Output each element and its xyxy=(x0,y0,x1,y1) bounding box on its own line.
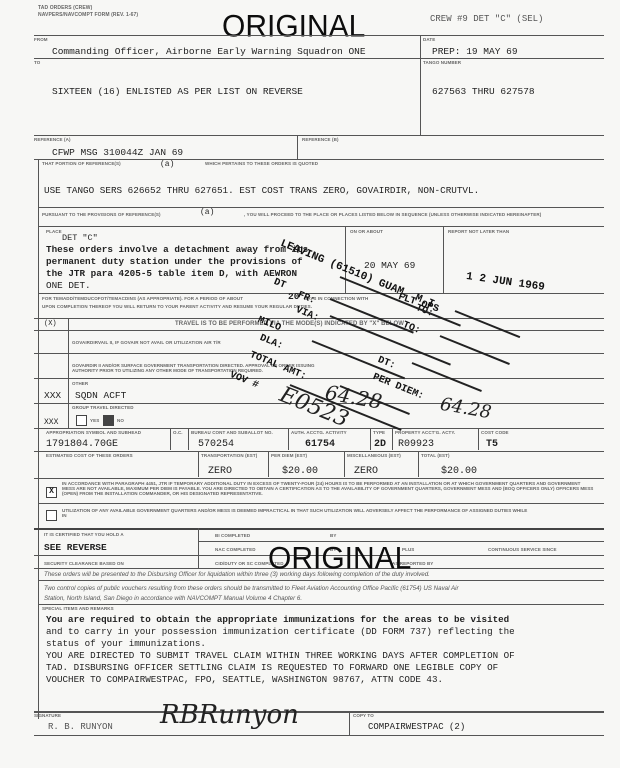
pursuant-label-prefix: PURSUANT TO THE PROVISIONS OF REFERENCE(… xyxy=(42,212,161,217)
stamp-line xyxy=(440,335,510,365)
divider xyxy=(34,378,604,379)
acct-bureau: 570254 xyxy=(198,439,234,450)
date-value: PREP: 19 MAY 69 xyxy=(432,46,518,57)
stamp-line xyxy=(455,310,521,338)
cert-2-checkbox[interactable] xyxy=(46,510,57,521)
divider xyxy=(34,35,604,36)
divider xyxy=(38,580,604,581)
divider xyxy=(38,226,604,227)
cert-1-checkbox[interactable]: X xyxy=(46,487,57,498)
signer-name: R. B. RUNYON xyxy=(48,722,113,732)
handwritten-signature: RBRunyon xyxy=(160,700,299,730)
from-value: Commanding Officer, Airborne Early Warni… xyxy=(52,46,366,57)
group-travel-label: GROUP TRAVEL DIRECTED xyxy=(72,405,134,410)
divider xyxy=(420,35,421,135)
to-value: SIXTEEN (16) ENLISTED AS PER LIST ON REV… xyxy=(52,86,303,97)
date-label: DATE xyxy=(423,37,435,42)
acct-header-type: TYPE xyxy=(373,430,385,435)
acct-header-bureau: BUREAU CONT AND SUBALLOT NO. xyxy=(191,430,273,435)
divider xyxy=(38,207,604,208)
original-stamp-top: ORIGINAL xyxy=(222,9,365,45)
reference-b-label: REFERENCE (b) xyxy=(302,137,339,142)
place-line-1: These orders involve a detachment away f… xyxy=(46,244,308,255)
divider xyxy=(288,428,289,450)
group-travel-yes-checkbox[interactable] xyxy=(76,415,87,426)
divider xyxy=(443,226,444,293)
pursuant-label-suffix: , YOU WILL PROCEED TO THE PLACE OR PLACE… xyxy=(244,212,541,217)
acct-header-appropriation: APPROPRIATION SYMBOL AND SUBHEAD xyxy=(46,430,141,435)
stamp-vov: VOV # xyxy=(228,370,260,391)
quoted-label-prefix: THAT PORTION OF REFERENCE(S) xyxy=(42,161,121,166)
est-per-diem: $20.00 xyxy=(282,466,318,477)
travel-other-mark: XXX xyxy=(44,390,61,401)
divider xyxy=(34,353,604,354)
acct-activity: 61754 xyxy=(305,439,335,450)
divider xyxy=(34,711,604,713)
travel-orders-document: TAD ORDERS (Crew) NAVPERS/NAVCOMPT FORM … xyxy=(0,0,620,768)
tad-return-text: UPON COMPLETION THEREOF YOU WILL RETURN … xyxy=(42,304,312,309)
est-header-transportation: TRANSPORTATION (est) xyxy=(201,453,257,458)
special-line-5: TAD. DISBURSING OFFICER SETTLING CLAIM I… xyxy=(46,662,498,673)
place-head: DET "C" xyxy=(62,233,98,243)
divider xyxy=(34,528,604,530)
report-nlt-label: REPORT NOT LATER THAN xyxy=(448,229,509,234)
copy-to-label: COPY TO xyxy=(353,713,374,718)
est-cost-label: ESTIMATED COST OF THESE ORDERS xyxy=(46,453,133,458)
place-line-4: ONE DET. xyxy=(46,280,91,291)
divider xyxy=(297,135,298,159)
acct-appropriation: 1791804.70GE xyxy=(46,439,118,450)
note-2: Two control copies of public vouchers re… xyxy=(44,585,459,592)
divider xyxy=(349,711,350,735)
divider xyxy=(34,330,604,331)
pursuant-ref: (a) xyxy=(200,208,214,217)
divider xyxy=(370,428,371,450)
quoted-label-suffix: WHICH PERTAINS TO THESE ORDERS IS QUOTED xyxy=(205,161,318,166)
left-margin-line xyxy=(38,159,39,719)
tango-number-value: 627563 THRU 627578 xyxy=(432,86,535,97)
special-line-6: VOUCHER TO COMPAIRWESTPAC, FPO, SEATTLE,… xyxy=(46,674,443,685)
divider xyxy=(34,478,604,479)
acct-property: R09923 xyxy=(398,439,434,450)
continuous-service-label: CONTINUOUS SERVICE SINCE xyxy=(488,547,557,552)
group-travel-mark: XXX xyxy=(44,418,58,427)
reference-a-value: CFWP MSG 310044Z JAN 69 xyxy=(52,147,183,158)
divider xyxy=(418,451,419,477)
note-1: These orders will be presented to the Di… xyxy=(44,571,430,578)
acct-header-oc: O.C. xyxy=(173,430,183,435)
divider xyxy=(38,604,604,605)
acct-header-cost-code: COST CODE xyxy=(481,430,509,435)
stamp-date: 1 2 JUN 1969 xyxy=(465,271,545,294)
place-line-2: permanent duty station under the provisi… xyxy=(46,256,303,267)
acct-header-property: PROPERTY ACCT'G. ACTY. xyxy=(395,430,455,435)
to-label: TO xyxy=(34,60,40,65)
divider xyxy=(68,318,69,428)
tango-number-label: TANGO NUMBER xyxy=(423,60,461,65)
divider xyxy=(34,735,604,736)
security-clearance-label: SECURITY CLEARANCE BASED ON xyxy=(44,561,124,566)
travel-mode-1: GOVAIRDIRVAIL II, IF GOVAIR NOT AVAIL OR… xyxy=(72,340,221,345)
travel-other-value: SQDN ACFT xyxy=(75,390,126,401)
form-title: TAD ORDERS (Crew) xyxy=(38,5,92,11)
est-misc: ZERO xyxy=(354,466,378,477)
acct-type: 2D xyxy=(374,439,386,450)
special-line-1: You are required to obtain the appropria… xyxy=(46,614,509,625)
divider xyxy=(38,503,604,504)
copy-to-value: COMPAIRWESTPAC (2) xyxy=(368,722,465,732)
cert-1-text: IN ACCORDANCE WITH PARAGRAPH 4451, JTR I… xyxy=(62,481,594,496)
est-total: $20.00 xyxy=(441,466,477,477)
reference-a-label: REFERENCE (a) xyxy=(34,137,71,142)
crew-designation: CREW #9 DET "C" (SEL) xyxy=(430,14,543,24)
acct-cost-code: T5 xyxy=(486,439,498,450)
divider xyxy=(344,451,345,477)
nac-completed-label: NAC COMPLETED xyxy=(215,547,256,552)
cert-2-text: UTILIZATION OF ANY AVAILABLE GOVERNMENT … xyxy=(62,508,532,518)
place-line-3: the JTR para 4205-5 table item D, with A… xyxy=(46,268,297,279)
est-header-total: TOTAL (est) xyxy=(421,453,450,458)
divider xyxy=(392,428,393,450)
handwritten-per-diem: 64.28 xyxy=(439,394,493,424)
divider xyxy=(34,135,604,136)
certified-value: SEE REVERSE xyxy=(44,542,107,553)
divider xyxy=(198,451,199,477)
group-travel-yes-label: YES xyxy=(90,418,99,423)
travel-x-header: (X) xyxy=(44,320,57,328)
divider xyxy=(478,428,479,450)
quoted-ref: (a) xyxy=(160,160,174,169)
special-items-label: SPECIAL ITEMS AND REMARKS xyxy=(42,606,114,611)
travel-other-label: OTHER xyxy=(72,381,88,386)
divider xyxy=(34,58,604,59)
divider xyxy=(38,293,604,294)
divider xyxy=(268,451,269,477)
group-travel-no-checkbox[interactable] xyxy=(103,415,114,426)
group-travel-no-label: NO xyxy=(117,418,124,423)
stamp-dla: DLA: xyxy=(258,333,284,352)
divider xyxy=(34,159,604,160)
divider xyxy=(345,226,346,293)
stamp-dt: DT xyxy=(272,277,287,292)
divider xyxy=(34,451,604,452)
from-label: FROM xyxy=(34,37,48,42)
divider xyxy=(188,428,189,450)
note-3: Station, North Island, San Diego in acco… xyxy=(44,595,302,602)
est-header-per-diem: PER DIEM (est) xyxy=(271,453,307,458)
place-label: PLACE xyxy=(46,229,62,234)
by-label-1: BY xyxy=(330,533,336,538)
on-or-about-label: ON OR ABOUT xyxy=(350,229,383,234)
signature-label: SIGNATURE xyxy=(34,713,61,718)
certified-label: IT IS CERTIFIED THAT YOU HOLD A xyxy=(44,532,124,537)
tad-period-label: FOR TEMADD/TEMDUCOFOT/TEMACDINS (as appr… xyxy=(42,296,243,301)
form-number: NAVPERS/NAVCOMPT FORM (REV. 1-67) xyxy=(38,12,138,18)
divider xyxy=(170,428,171,450)
est-transportation: ZERO xyxy=(208,466,232,477)
bi-completed-label: BI COMPLETED xyxy=(215,533,250,538)
special-line-3: status of your immunizations. xyxy=(46,638,206,649)
est-header-misc: MISCELLANEOUS (est) xyxy=(347,453,401,458)
travel-title: TRAVEL IS TO BE PERFORMED VIA THE MODE(S… xyxy=(175,321,404,327)
divider xyxy=(198,528,199,568)
quoted-text: USE TANGO SERS 626652 THRU 627651. EST C… xyxy=(44,185,479,196)
divider xyxy=(34,318,604,319)
divider xyxy=(34,428,604,429)
special-line-4: YOU ARE DIRECTED TO SUBMIT TRAVEL CLAIM … xyxy=(46,650,515,661)
on-or-about-value: 20 MAY 69 xyxy=(364,260,415,271)
special-line-2: and to carry in your possession immuniza… xyxy=(46,626,515,637)
